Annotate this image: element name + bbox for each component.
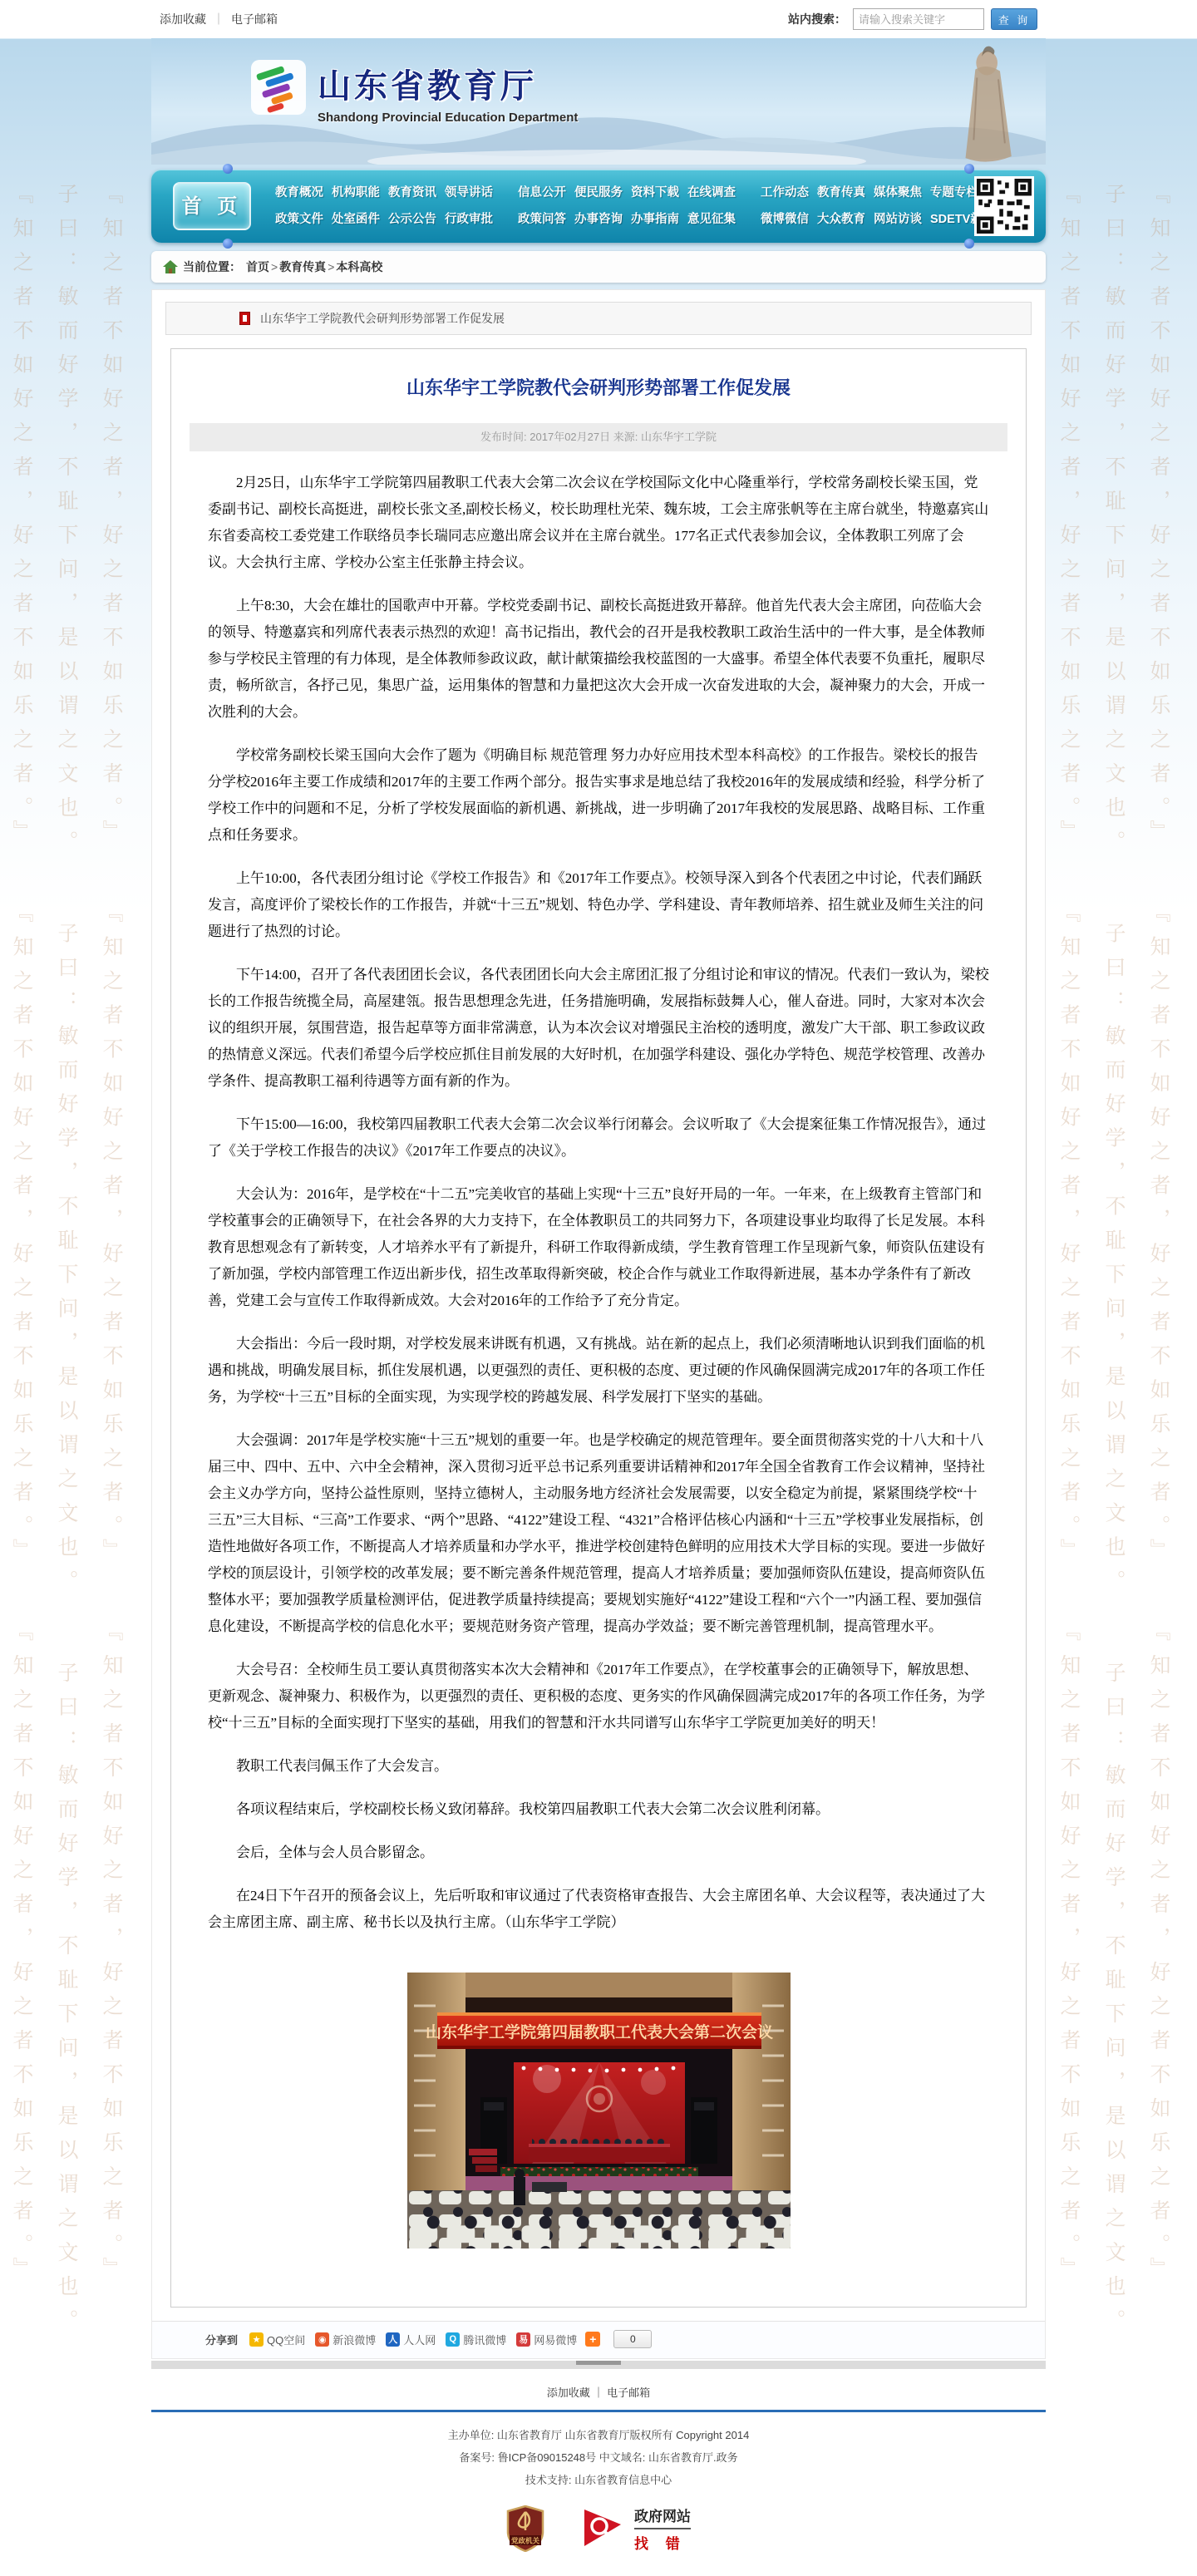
- topbar-separator: ｜: [213, 12, 224, 26]
- footer-email-link[interactable]: 电子邮箱: [607, 2386, 650, 2399]
- share-icon: Q: [446, 2332, 460, 2347]
- nav-group: 教育概况机构职能教育资讯领导讲话: [271, 180, 497, 206]
- footer-divider: [151, 2410, 1046, 2412]
- education-dept-logo-icon: [251, 60, 306, 115]
- share-items: ★QQ空间◉新浪微博人人人网Q腾讯微博易网易微博: [249, 2332, 577, 2347]
- calligraphy-column: 『知之者不如好之者，好之者不如乐之者。』 『知之者不如好之者，好之者不如乐之者。…: [5, 183, 38, 2543]
- breadcrumb-item[interactable]: 首页: [246, 260, 269, 273]
- nav-group: 微博微信大众教育网站访谈SDETV新闻: [756, 206, 998, 233]
- share-more-button[interactable]: +: [585, 2332, 600, 2347]
- qr-code: [974, 176, 1034, 236]
- nav-link[interactable]: 在线调查: [687, 186, 736, 199]
- share-item-label: 人人网: [403, 2332, 436, 2347]
- scroll-ornament: [964, 164, 974, 174]
- calligraphy-column: 『知之者不如好之者，好之者不如乐之者。』 『知之者不如好之者，好之者不如乐之者。…: [1142, 183, 1175, 2543]
- article-body: 2月25日，山东华宇工学院第四届教职工代表大会第二次会议在学校国际文化中心隆重举…: [208, 470, 989, 1936]
- nav-link[interactable]: 教育资讯: [388, 186, 436, 199]
- nav-link[interactable]: 工作动态: [761, 186, 809, 199]
- article-paragraph: 上午10:00，各代表团分组讨论《学校工作报告》和《2017年工作要点》。校领导…: [208, 865, 989, 945]
- nav-link[interactable]: 媒体聚焦: [874, 186, 922, 199]
- share-item-网易微博[interactable]: 易网易微博: [516, 2332, 577, 2347]
- nav-link[interactable]: 网站访谈: [874, 213, 922, 226]
- nav-link[interactable]: 资料下载: [631, 186, 679, 199]
- nav-group: 工作动态教育传真媒体聚焦专题专栏: [756, 180, 983, 206]
- article-paragraph: 会后，全体与会人员合影留念。: [208, 1840, 989, 1866]
- nav-link[interactable]: 办事指南: [631, 213, 679, 226]
- site-title-english: Shandong Provincial Education Department: [318, 111, 578, 125]
- footer-separator: ｜: [593, 2386, 603, 2399]
- site-logo: 山东省教育厅 Shandong Provincial Education Dep…: [251, 60, 578, 125]
- collapse-strip: [151, 2361, 1046, 2369]
- article-list-bar: 山东华宇工学院教代会研判形势部署工作促发展: [165, 302, 1032, 335]
- badge-find-label: 找 错: [634, 2532, 691, 2553]
- article-paragraph: 大会强调：2017年是学校实施“十三五”规划的重要一年。也是学校确定的规范管理年…: [208, 1427, 989, 1640]
- nav-link[interactable]: 意见征集: [687, 213, 736, 226]
- share-item-腾讯微博[interactable]: Q腾讯微博: [446, 2332, 506, 2347]
- nav-links: 教育概况机构职能教育资讯领导讲话信息公开便民服务资料下载在线调查工作动态教育传真…: [263, 180, 959, 233]
- share-icon: 易: [516, 2332, 530, 2347]
- footer-line: 备案号: 鲁ICP备09015248号 中文域名: 山东省教育厅.政务: [151, 2446, 1046, 2469]
- photo-banner-text: 山东华宇工学院第四届教职工代表大会第二次会议: [425, 2022, 772, 2042]
- government-shield-badge[interactable]: 党政机关: [506, 2505, 544, 2552]
- share-item-label: QQ空间: [267, 2332, 305, 2347]
- article-paragraph: 2月25日，山东华宇工学院第四届教职工代表大会第二次会议在学校国际文化中心隆重举…: [208, 470, 989, 576]
- footer-info: 主办单位: 山东省教育厅 山东省教育厅版权所有 Copyright 2014备案…: [151, 2424, 1046, 2491]
- share-count[interactable]: 0: [613, 2330, 652, 2348]
- nav-link[interactable]: 政策文件: [275, 213, 323, 226]
- nav-link[interactable]: 公示公告: [388, 213, 436, 226]
- calligraphy-column: 『知之者不如好之者，好之者不如乐之者。』 『知之者不如好之者，好之者不如乐之者。…: [95, 183, 128, 2543]
- site-title: 山东省教育厅: [318, 60, 578, 107]
- article-meta: 发布时间: 2017年02月27日 来源: 山东华宇工学院: [190, 423, 1007, 451]
- share-icon: 人: [386, 2332, 400, 2347]
- share-icon: ◉: [315, 2332, 329, 2347]
- nav-row-2: 政策文件处室函件公示公告行政审批政策问答办事咨询办事指南意见征集微博微信大众教育…: [263, 206, 959, 233]
- nav-link[interactable]: 微博微信: [761, 213, 809, 226]
- home-icon: [163, 260, 178, 273]
- calligraphy-watermark-right: 『知之者不如好之者，好之者不如乐之者。』 『知之者不如好之者，好之者不如乐之者。…: [1052, 183, 1192, 2543]
- article-paragraph: 各项议程结束后，学校副校长杨义致闭幕辞。我校第四届教职工代表大会第二次会议胜利闭…: [208, 1796, 989, 1823]
- nav-link[interactable]: 教育概况: [275, 186, 323, 199]
- nav-group: 政策问答办事咨询办事指南意见征集: [514, 206, 740, 233]
- article-paragraph: 教职工代表闫佩玉作了大会发言。: [208, 1753, 989, 1780]
- share-item-label: 腾讯微博: [463, 2332, 506, 2347]
- calligraphy-column: 『知之者不如好之者，好之者不如乐之者。』 『知之者不如好之者，好之者不如乐之者。…: [1052, 183, 1086, 2543]
- article-title: 山东华宇工学院教代会研判形势部署工作促发展: [204, 374, 993, 400]
- share-icon: ★: [249, 2332, 264, 2347]
- share-bar: 分享到 ★QQ空间◉新浪微博人人人网Q腾讯微博易网易微博 + 0: [152, 2321, 1045, 2358]
- main-navigation: 首 页 教育概况机构职能教育资讯领导讲话信息公开便民服务资料下载在线调查工作动态…: [151, 170, 1046, 243]
- article-paragraph: 下午15:00—16:00，我校第四届教职工代表大会第二次会议举行闭幕会。会议听…: [208, 1111, 989, 1165]
- share-item-人人网[interactable]: 人人人网: [386, 2332, 436, 2347]
- footer-line: 主办单位: 山东省教育厅 山东省教育厅版权所有 Copyright 2014: [151, 2424, 1046, 2446]
- site-error-report-badge[interactable]: 政府网站 找 错: [583, 2505, 691, 2553]
- article: 山东华宇工学院教代会研判形势部署工作促发展 发布时间: 2017年02月27日 …: [170, 348, 1027, 2308]
- breadcrumb-item[interactable]: 教育传真: [279, 260, 326, 273]
- search-label: 站内搜索：: [788, 11, 846, 27]
- nav-link[interactable]: 处室函件: [332, 213, 380, 226]
- nav-row-1: 教育概况机构职能教育资讯领导讲话信息公开便民服务资料下载在线调查工作动态教育传真…: [263, 180, 959, 206]
- site-search: 站内搜索： 查 询: [788, 8, 1037, 30]
- share-item-label: 网易微博: [534, 2332, 577, 2347]
- calligraphy-column: 子曰：敏而好学，不耻下问，是以谓之文也。 子曰：敏而好学，不耻下问，是以谓之文也…: [50, 183, 83, 2543]
- nav-link[interactable]: 办事咨询: [574, 213, 623, 226]
- search-button[interactable]: 查 询: [991, 8, 1037, 30]
- nav-group: 政策文件处室函件公示公告行政审批: [271, 206, 497, 233]
- footer-line: 技术支持: 山东省教育信息中心: [151, 2469, 1046, 2491]
- nav-home-button[interactable]: 首 页: [173, 182, 251, 230]
- nav-link[interactable]: 便民服务: [574, 186, 623, 199]
- top-utility-bar: 添加收藏｜电子邮箱 站内搜索： 查 询: [151, 0, 1046, 38]
- email-link[interactable]: 电子邮箱: [231, 12, 278, 26]
- shield-badge-label: 党政机关: [511, 2537, 540, 2545]
- confucius-illustration: [936, 42, 1034, 165]
- article-paragraph: 上午8:30，大会在雄壮的国歌声中开幕。学校党委副书记、副校长高挺进致开幕辞。他…: [208, 593, 989, 726]
- calligraphy-column: 子曰：敏而好学，不耻下问，是以谓之文也。 子曰：敏而好学，不耻下问，是以谓之文也…: [1187, 183, 1192, 2543]
- breadcrumb-separator: >: [328, 260, 334, 273]
- article-list-item-link[interactable]: 山东华宇工学院教代会研判形势部署工作促发展: [260, 310, 505, 327]
- collapse-handle[interactable]: [576, 2361, 621, 2365]
- share-item-QQ空间[interactable]: ★QQ空间: [249, 2332, 305, 2347]
- scroll-ornament: [223, 239, 233, 249]
- share-label: 分享到: [205, 2332, 238, 2347]
- nav-link[interactable]: 机构职能: [332, 186, 380, 199]
- footer-links: 添加收藏 ｜ 电子邮箱: [151, 2384, 1046, 2400]
- document-icon: [239, 312, 250, 325]
- breadcrumb-items: 首页>教育传真>本科高校: [246, 259, 382, 275]
- scroll-ornament: [223, 164, 233, 174]
- nav-group: 信息公开便民服务资料下载在线调查: [514, 180, 740, 206]
- article-paragraph: 大会指出：今后一段时期，对学校发展来讲既有机遇，又有挑战。站在新的起点上，我们必…: [208, 1331, 989, 1411]
- calligraphy-watermark-left: 『知之者不如好之者，好之者不如乐之者。』 『知之者不如好之者，好之者不如乐之者。…: [5, 183, 145, 2543]
- share-item-新浪微博[interactable]: ◉新浪微博: [315, 2332, 376, 2347]
- nav-link[interactable]: 大众教育: [817, 213, 865, 226]
- breadcrumb-separator: >: [271, 260, 278, 273]
- nav-link[interactable]: 教育传真: [817, 186, 865, 199]
- breadcrumb-label: 当前位置：: [183, 259, 241, 275]
- article-paragraph: 学校常务副校长梁玉国向大会作了题为《明确目标 规范管理 努力办好应用技术型本科高…: [208, 742, 989, 849]
- topbar-links: 添加收藏｜电子邮箱: [160, 11, 278, 27]
- nav-link[interactable]: 专题专栏: [930, 186, 978, 199]
- nav-link[interactable]: 行政审批: [445, 213, 493, 226]
- calligraphy-column: 子曰：敏而好学，不耻下问，是以谓之文也。 子曰：敏而好学，不耻下问，是以谓之文也…: [1097, 183, 1130, 2543]
- badge-site-label: 政府网站: [634, 2505, 691, 2529]
- breadcrumb: 当前位置： 首页>教育传真>本科高校: [151, 251, 1046, 283]
- nav-link[interactable]: 信息公开: [518, 186, 566, 199]
- footer-add-favorite-link[interactable]: 添加收藏: [547, 2386, 590, 2399]
- site-header-banner: 山东省教育厅 Shandong Provincial Education Dep…: [151, 38, 1046, 165]
- content-panel: 山东华宇工学院教代会研判形势部署工作促发展 山东华宇工学院教代会研判形势部署工作…: [151, 289, 1046, 2359]
- breadcrumb-item: 本科高校: [336, 260, 382, 273]
- search-input[interactable]: [853, 8, 984, 30]
- article-paragraph: 下午14:00，召开了各代表团团长会议，各代表团团长向大会主席团汇报了分组讨论和…: [208, 962, 989, 1095]
- article-paragraph: 大会号召：全校师生员工要认真贯彻落实本次大会精神和《2017年工作要点》，在学校…: [208, 1657, 989, 1736]
- scroll-ornament: [964, 239, 974, 249]
- error-report-flag-icon: [583, 2508, 626, 2549]
- nav-link[interactable]: 政策问答: [518, 213, 566, 226]
- article-paragraph: 在24日下午召开的预备会议上，先后听取和审议通过了代表资格审查报告、大会主席团名…: [208, 1883, 989, 1936]
- share-item-label: 新浪微博: [332, 2332, 376, 2347]
- article-paragraph: 大会认为：2016年，是学校在“十二五”完美收官的基础上实现“十三五”良好开局的…: [208, 1181, 989, 1314]
- nav-link[interactable]: 领导讲话: [445, 186, 493, 199]
- add-favorite-link[interactable]: 添加收藏: [160, 12, 206, 26]
- conference-photo: 山东华宇工学院第四届教职工代表大会第二次会议: [407, 1973, 791, 2248]
- footer: 添加收藏 ｜ 电子邮箱 主办单位: 山东省教育厅 山东省教育厅版权所有 Copy…: [151, 2369, 1046, 2576]
- calligraphy-column: 子曰：敏而好学，不耻下问，是以谓之文也。 子曰：敏而好学，不耻下问，是以谓之文也…: [140, 183, 145, 2543]
